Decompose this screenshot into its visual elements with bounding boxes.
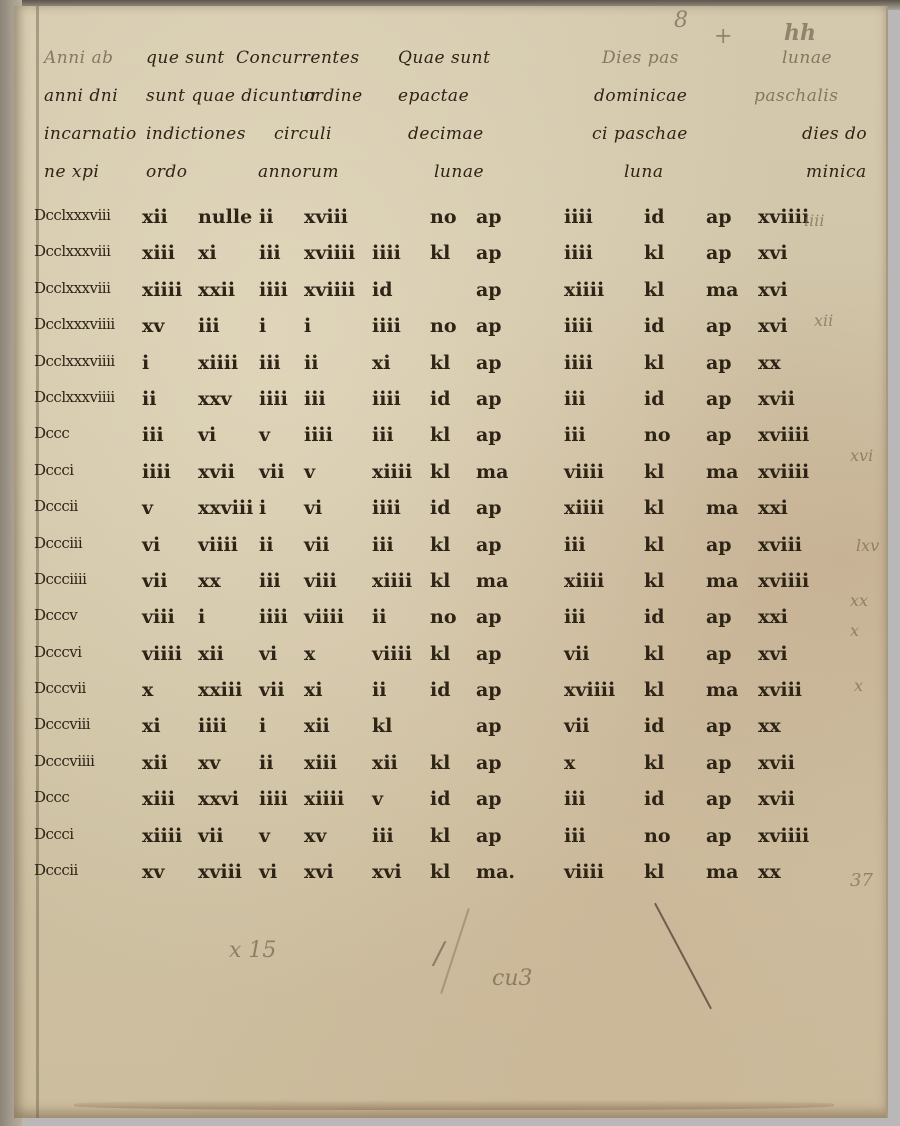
moon-age-cell: xvi xyxy=(758,279,788,301)
moon-age-cell: xviiii xyxy=(758,206,809,228)
paschal-term-day-cell: kl xyxy=(430,242,450,264)
right-margin-note: xx xyxy=(850,591,868,610)
paschal-term-number-cell: iii xyxy=(372,534,394,556)
header-easter: luna xyxy=(624,162,663,182)
easter-month-cell: ap xyxy=(706,534,732,556)
epact-cell: iiii xyxy=(198,715,227,737)
right-margin-note: x xyxy=(854,676,863,695)
paschal-term-day-cell: id xyxy=(430,497,451,519)
table-row: Dcccxiiixxviiiiixiiiividapiiiidapxvii xyxy=(34,784,874,820)
epact-cell: xviii xyxy=(198,861,242,883)
right-margin-note: xii xyxy=(814,311,833,330)
ink-stroke xyxy=(654,903,712,1010)
lunar-cycle-cell: xiiii xyxy=(304,788,344,810)
top-marginalia-3: hh xyxy=(784,20,816,46)
right-margin-note: 37 xyxy=(850,870,873,891)
lunar-cycle-cell: xvi xyxy=(304,861,334,883)
header-moon: lunae xyxy=(782,48,832,68)
easter-day-cell: id xyxy=(644,606,665,628)
easter-day-cell: id xyxy=(644,206,665,228)
paschal-term-number-cell: xvi xyxy=(372,861,402,883)
easter-month-cell: ap xyxy=(706,315,732,337)
paschal-term-month-cell: ap xyxy=(476,279,502,301)
indiction-cell: xiiii xyxy=(142,825,182,847)
epact-cell: xvii xyxy=(198,461,235,483)
header-line: incarnatio indictiones circuli decimae c… xyxy=(44,124,874,162)
right-margin-note: x xyxy=(850,621,859,640)
table-row: Dcccixiiiiviivxviiiklapiiinoapxviiii xyxy=(34,821,874,857)
concurrents-cell: v xyxy=(259,424,270,446)
epact-cell: xxviii xyxy=(198,497,253,519)
year-cell: Dcclxxxviii xyxy=(34,279,110,297)
right-margin-note: lxv xyxy=(856,536,879,555)
paschal-term-month-cell: ma xyxy=(476,461,508,483)
easter-number-cell: x xyxy=(564,752,575,774)
paschal-term-number-cell: iii xyxy=(372,424,394,446)
easter-month-cell: ap xyxy=(706,788,732,810)
easter-number-cell: vii xyxy=(564,643,589,665)
paschal-term-day-cell: no xyxy=(430,315,457,337)
easter-number-cell: iiii xyxy=(564,206,593,228)
paschal-term-number-cell: iii xyxy=(372,825,394,847)
page-bottom-edge xyxy=(74,1100,834,1110)
easter-day-cell: kl xyxy=(644,752,664,774)
header-line: anni dni sunt quae dicuntur ordine epact… xyxy=(44,86,874,124)
header-year: anni dni xyxy=(44,86,118,106)
concurrents-cell: ii xyxy=(259,206,273,228)
bottom-scribble: / xyxy=(434,936,444,971)
moon-age-cell: xx xyxy=(758,715,781,737)
easter-month-cell: ap xyxy=(706,388,732,410)
epact-cell: vi xyxy=(198,424,216,446)
header-epact: lunae xyxy=(434,162,484,182)
indiction-cell: xiiii xyxy=(142,279,182,301)
year-cell: Dccci xyxy=(34,825,74,843)
year-cell: Dcclxxxviii xyxy=(34,206,110,224)
paschal-term-month-cell: ma. xyxy=(476,861,515,883)
easter-day-cell: kl xyxy=(644,242,664,264)
header-easter: dominicae xyxy=(594,86,687,106)
paschal-term-month-cell: ap xyxy=(476,606,502,628)
paschal-term-month-cell: ap xyxy=(476,715,502,737)
epact-cell: nulle xyxy=(198,206,252,228)
indiction-cell: xi xyxy=(142,715,161,737)
easter-month-cell: ma xyxy=(706,861,738,883)
epact-cell: xi xyxy=(198,242,217,264)
concurrents-cell: v xyxy=(259,825,270,847)
year-cell: Dcccii xyxy=(34,861,78,879)
easter-day-cell: kl xyxy=(644,679,664,701)
top-marginalia-1: 8 xyxy=(674,8,688,33)
moon-age-cell: xviiii xyxy=(758,570,809,592)
lunar-cycle-cell: vi xyxy=(304,497,322,519)
paschal-term-month-cell: ap xyxy=(476,752,502,774)
indiction-cell: xv xyxy=(142,861,164,883)
paschal-term-number-cell: ii xyxy=(372,606,386,628)
lunar-cycle-cell: vii xyxy=(304,534,329,556)
paschal-term-month-cell: ma xyxy=(476,570,508,592)
paschal-term-month-cell: ap xyxy=(476,315,502,337)
year-cell: Dccci xyxy=(34,461,74,479)
table-row: Dccciivxxviiiiviiiiiidapxiiiiklmaxxi xyxy=(34,493,874,529)
indiction-cell: xii xyxy=(142,752,168,774)
easter-number-cell: xiiii xyxy=(564,570,604,592)
concurrents-cell: iii xyxy=(259,570,281,592)
epact-cell: xxv xyxy=(198,388,232,410)
right-margin-note: xvi xyxy=(850,446,873,465)
paschal-term-number-cell: iiii xyxy=(372,388,401,410)
header-year: Anni ab xyxy=(44,48,114,68)
table-row: Dcclxxxviiiiixiiiiiiiiixiklapiiiiklapxx xyxy=(34,348,874,384)
year-cell: Dcclxxxviiii xyxy=(34,315,115,333)
paschal-term-day-cell: kl xyxy=(430,534,450,556)
easter-day-cell: id xyxy=(644,715,665,737)
easter-number-cell: iii xyxy=(564,788,586,810)
concurrents-cell: vi xyxy=(259,643,277,665)
header-epact: decimae xyxy=(408,124,484,144)
lunar-cycle-cell: xi xyxy=(304,679,323,701)
moon-age-cell: xvii xyxy=(758,388,795,410)
paschal-term-number-cell: xiiii xyxy=(372,461,412,483)
easter-day-cell: kl xyxy=(644,861,664,883)
top-marginalia-2: + xyxy=(714,24,732,49)
bottom-scribble: x 15 xyxy=(229,938,276,963)
easter-day-cell: id xyxy=(644,315,665,337)
header-indiction: sunt quae dicuntur xyxy=(146,86,319,106)
paschal-term-day-cell: id xyxy=(430,679,451,701)
epact-cell: vii xyxy=(198,825,223,847)
paschal-term-number-cell: xi xyxy=(372,352,391,374)
easter-month-cell: ma xyxy=(706,497,738,519)
table-row: Dccciiiviviiiiiiviiiiiklapiiiklapxviii xyxy=(34,530,874,566)
year-cell: Dcclxxxviii xyxy=(34,242,110,260)
table-row: Dccciixvxviiivixvixviklma.viiiiklmaxx xyxy=(34,857,874,893)
paschal-term-day-cell: kl xyxy=(430,461,450,483)
year-cell: Dcclxxxviiii xyxy=(34,388,115,406)
header-year: ne xpi xyxy=(44,162,99,182)
table-row: Dccciiiviviiiiiiiklapiiinoapxviiii xyxy=(34,420,874,456)
year-cell: Dccc xyxy=(34,788,69,806)
easter-number-cell: iiii xyxy=(564,352,593,374)
easter-table: Dcclxxxviiixiinulleiixviiinoapiiiiidapxv… xyxy=(34,202,874,893)
lunar-cycle-cell: iiii xyxy=(304,424,333,446)
indiction-cell: iiii xyxy=(142,461,171,483)
table-row: Dcclxxxviiiixviiiiiiiiinoapiiiiidapxvi xyxy=(34,311,874,347)
header-moon: dies do xyxy=(802,124,867,144)
year-cell: Dcclxxxviiii xyxy=(34,352,115,370)
table-row: Dcclxxxviiiiiixxviiiiiiiiiiiidapiiiidapx… xyxy=(34,384,874,420)
lunar-cycle-cell: xviiii xyxy=(304,242,355,264)
header-concurrents: Concurrentes xyxy=(236,48,360,68)
moon-age-cell: xvii xyxy=(758,752,795,774)
concurrents-cell: i xyxy=(259,715,266,737)
easter-number-cell: xiiii xyxy=(564,497,604,519)
lunar-cycle-cell: ii xyxy=(304,352,318,374)
easter-day-cell: kl xyxy=(644,497,664,519)
paschal-term-day-cell: kl xyxy=(430,752,450,774)
lunar-cycle-cell: i xyxy=(304,315,311,337)
epact-cell: xii xyxy=(198,643,224,665)
moon-age-cell: xxi xyxy=(758,497,788,519)
easter-number-cell: iii xyxy=(564,424,586,446)
epact-cell: xiiii xyxy=(198,352,238,374)
easter-month-cell: ap xyxy=(706,206,732,228)
epact-cell: xxii xyxy=(198,279,235,301)
easter-day-cell: kl xyxy=(644,461,664,483)
year-cell: Dcccii xyxy=(34,497,78,515)
paschal-term-month-cell: ap xyxy=(476,497,502,519)
concurrents-cell: ii xyxy=(259,534,273,556)
indiction-cell: ii xyxy=(142,388,156,410)
paschal-term-day-cell: kl xyxy=(430,570,450,592)
header-indiction: ordo xyxy=(146,162,187,182)
header-moon: minica xyxy=(806,162,867,182)
easter-number-cell: iiii xyxy=(564,242,593,264)
paschal-term-number-cell: viiii xyxy=(372,643,412,665)
header-epact: epactae xyxy=(398,86,469,106)
easter-number-cell: iii xyxy=(564,534,586,556)
paschal-term-day-cell: no xyxy=(430,606,457,628)
year-cell: Dccciii xyxy=(34,534,82,552)
lunar-cycle-cell: xv xyxy=(304,825,326,847)
concurrents-cell: i xyxy=(259,315,266,337)
easter-number-cell: viiii xyxy=(564,461,604,483)
moon-age-cell: xviiii xyxy=(758,825,809,847)
header-easter: ci paschae xyxy=(592,124,688,144)
moon-age-cell: xvi xyxy=(758,643,788,665)
paschal-term-month-cell: ap xyxy=(476,788,502,810)
concurrents-cell: vi xyxy=(259,861,277,883)
lunar-cycle-cell: viii xyxy=(304,570,337,592)
paschal-term-day-cell: kl xyxy=(430,861,450,883)
moon-age-cell: xvi xyxy=(758,315,788,337)
epact-cell: iii xyxy=(198,315,220,337)
paschal-term-day-cell: kl xyxy=(430,424,450,446)
paschal-term-number-cell: iiii xyxy=(372,242,401,264)
easter-day-cell: id xyxy=(644,388,665,410)
indiction-cell: i xyxy=(142,352,149,374)
easter-month-cell: ap xyxy=(706,825,732,847)
table-row: Dcccviiiixiixviixiiixiiklapxklapxvii xyxy=(34,748,874,784)
header-concurrents: ordine xyxy=(304,86,363,106)
lunar-cycle-cell: xviiii xyxy=(304,279,355,301)
easter-number-cell: vii xyxy=(564,715,589,737)
paschal-term-day-cell: kl xyxy=(430,825,450,847)
easter-month-cell: ma xyxy=(706,461,738,483)
manuscript-page: 8 + hh Anni ab que sunt Concurrentes Qua… xyxy=(14,6,888,1118)
paschal-term-day-cell: no xyxy=(430,206,457,228)
easter-month-cell: ap xyxy=(706,752,732,774)
concurrents-cell: iiii xyxy=(259,788,288,810)
epact-cell: viiii xyxy=(198,534,238,556)
concurrents-cell: ii xyxy=(259,752,273,774)
paschal-term-number-cell: id xyxy=(372,279,393,301)
easter-number-cell: viiii xyxy=(564,861,604,883)
epact-cell: xx xyxy=(198,570,221,592)
table-row: Dcclxxxviiixiiixiiiixviiiiiiiiklapiiiikl… xyxy=(34,238,874,274)
year-cell: Dcccvii xyxy=(34,679,86,697)
epact-cell: xxiii xyxy=(198,679,242,701)
indiction-cell: viiii xyxy=(142,643,182,665)
moon-age-cell: xxi xyxy=(758,606,788,628)
paschal-term-month-cell: ap xyxy=(476,534,502,556)
moon-age-cell: xx xyxy=(758,861,781,883)
epact-cell: xxvi xyxy=(198,788,239,810)
easter-day-cell: no xyxy=(644,825,671,847)
year-cell: Dccc xyxy=(34,424,69,442)
paschal-term-month-cell: ap xyxy=(476,424,502,446)
table-row: Dcclxxxviiixiiiixxiiiiiixviiiiidapxiiiik… xyxy=(34,275,874,311)
paschal-term-number-cell: kl xyxy=(372,715,392,737)
easter-month-cell: ap xyxy=(706,715,732,737)
header-indiction: que sunt xyxy=(146,48,225,68)
easter-number-cell: xviiii xyxy=(564,679,615,701)
easter-month-cell: ap xyxy=(706,242,732,264)
table-row: Dccciiiiixviiviivxiiiiklmaviiiiklmaxviii… xyxy=(34,457,874,493)
moon-age-cell: xvii xyxy=(758,788,795,810)
concurrents-cell: i xyxy=(259,497,266,519)
indiction-cell: iii xyxy=(142,424,164,446)
easter-day-cell: kl xyxy=(644,279,664,301)
concurrents-cell: iiii xyxy=(259,388,288,410)
easter-day-cell: kl xyxy=(644,570,664,592)
ink-stroke xyxy=(440,908,470,994)
concurrents-cell: iii xyxy=(259,242,281,264)
moon-age-cell: xviii xyxy=(758,679,802,701)
paschal-term-month-cell: ap xyxy=(476,825,502,847)
easter-month-cell: ma xyxy=(706,570,738,592)
year-cell: Dcccvi xyxy=(34,643,82,661)
paschal-term-number-cell: iiii xyxy=(372,497,401,519)
lunar-cycle-cell: xii xyxy=(304,715,330,737)
moon-age-cell: xviiii xyxy=(758,424,809,446)
right-margin-note: iiii xyxy=(804,211,824,230)
paschal-term-month-cell: ap xyxy=(476,388,502,410)
indiction-cell: xv xyxy=(142,315,164,337)
easter-month-cell: ap xyxy=(706,643,732,665)
lunar-cycle-cell: xviii xyxy=(304,206,348,228)
paschal-term-number-cell: xii xyxy=(372,752,398,774)
easter-day-cell: kl xyxy=(644,534,664,556)
paschal-term-day-cell: id xyxy=(430,788,451,810)
paschal-term-month-cell: ap xyxy=(476,242,502,264)
header-line: ne xpi ordo annorum lunae luna minica xyxy=(44,162,874,200)
indiction-cell: x xyxy=(142,679,153,701)
indiction-cell: vi xyxy=(142,534,160,556)
easter-day-cell: id xyxy=(644,788,665,810)
header-year: incarnatio xyxy=(44,124,137,144)
concurrents-cell: vii xyxy=(259,679,284,701)
easter-month-cell: ap xyxy=(706,352,732,374)
lunar-cycle-cell: viiii xyxy=(304,606,344,628)
concurrents-cell: iii xyxy=(259,352,281,374)
easter-number-cell: iiii xyxy=(564,315,593,337)
epact-cell: xv xyxy=(198,752,220,774)
header-line: Anni ab que sunt Concurrentes Quae sunt … xyxy=(44,48,874,86)
easter-day-cell: kl xyxy=(644,352,664,374)
lunar-cycle-cell: v xyxy=(304,461,315,483)
easter-number-cell: iii xyxy=(564,388,586,410)
lunar-cycle-cell: xiii xyxy=(304,752,337,774)
table-row: Dcccviixxxiiiviixiiiidapxviiiiklmaxviii xyxy=(34,675,874,711)
paschal-term-month-cell: ap xyxy=(476,206,502,228)
indiction-cell: v xyxy=(142,497,153,519)
header-moon: paschalis xyxy=(754,86,838,106)
moon-age-cell: xviii xyxy=(758,534,802,556)
paschal-term-month-cell: ap xyxy=(476,679,502,701)
easter-month-cell: ap xyxy=(706,606,732,628)
easter-number-cell: iii xyxy=(564,606,586,628)
year-cell: Dcccviii xyxy=(34,715,90,733)
moon-age-cell: xx xyxy=(758,352,781,374)
table-row: Dccciiiiviixxiiiviiixiiiiklmaxiiiiklmaxv… xyxy=(34,566,874,602)
paschal-term-number-cell: iiii xyxy=(372,315,401,337)
lunar-cycle-cell: x xyxy=(304,643,315,665)
easter-number-cell: iii xyxy=(564,825,586,847)
paschal-term-day-cell: id xyxy=(430,388,451,410)
header-concurrents: annorum xyxy=(258,162,339,182)
table-row: Dcclxxxviiixiinulleiixviiinoapiiiiidapxv… xyxy=(34,202,874,238)
year-cell: Dcccv xyxy=(34,606,77,624)
indiction-cell: xiii xyxy=(142,242,175,264)
paschal-term-number-cell: v xyxy=(372,788,383,810)
year-cell: Dcccviiii xyxy=(34,752,94,770)
header-easter: Dies pas xyxy=(602,48,679,68)
paschal-term-number-cell: ii xyxy=(372,679,386,701)
easter-month-cell: ma xyxy=(706,279,738,301)
indiction-cell: viii xyxy=(142,606,175,628)
year-cell: Dccciiii xyxy=(34,570,86,588)
concurrents-cell: vii xyxy=(259,461,284,483)
moon-age-cell: xviiii xyxy=(758,461,809,483)
easter-number-cell: xiiii xyxy=(564,279,604,301)
indiction-cell: xiii xyxy=(142,788,175,810)
table-header: Anni ab que sunt Concurrentes Quae sunt … xyxy=(44,48,874,200)
lunar-cycle-cell: iii xyxy=(304,388,326,410)
paschal-term-month-cell: ap xyxy=(476,352,502,374)
easter-month-cell: ma xyxy=(706,679,738,701)
bottom-scribble: cu3 xyxy=(492,966,533,991)
moon-age-cell: xvi xyxy=(758,242,788,264)
header-concurrents: circuli xyxy=(274,124,332,144)
paschal-term-day-cell: kl xyxy=(430,643,450,665)
paschal-term-number-cell: xiiii xyxy=(372,570,412,592)
indiction-cell: vii xyxy=(142,570,167,592)
table-row: Dcccvviiiiiiiiviiiiiinoapiiiidapxxi xyxy=(34,602,874,638)
epact-cell: i xyxy=(198,606,205,628)
paschal-term-month-cell: ap xyxy=(476,643,502,665)
table-row: Dcccviiixiiiiiixiiklapviiidapxx xyxy=(34,711,874,747)
header-indiction: indictiones xyxy=(146,124,246,144)
indiction-cell: xii xyxy=(142,206,168,228)
easter-month-cell: ap xyxy=(706,424,732,446)
concurrents-cell: iiii xyxy=(259,606,288,628)
easter-day-cell: no xyxy=(644,424,671,446)
header-epact: Quae sunt xyxy=(398,48,490,68)
table-row: Dcccviviiiixiivixviiiiklapviiklapxvi xyxy=(34,639,874,675)
paschal-term-day-cell: kl xyxy=(430,352,450,374)
concurrents-cell: iiii xyxy=(259,279,288,301)
easter-day-cell: kl xyxy=(644,643,664,665)
